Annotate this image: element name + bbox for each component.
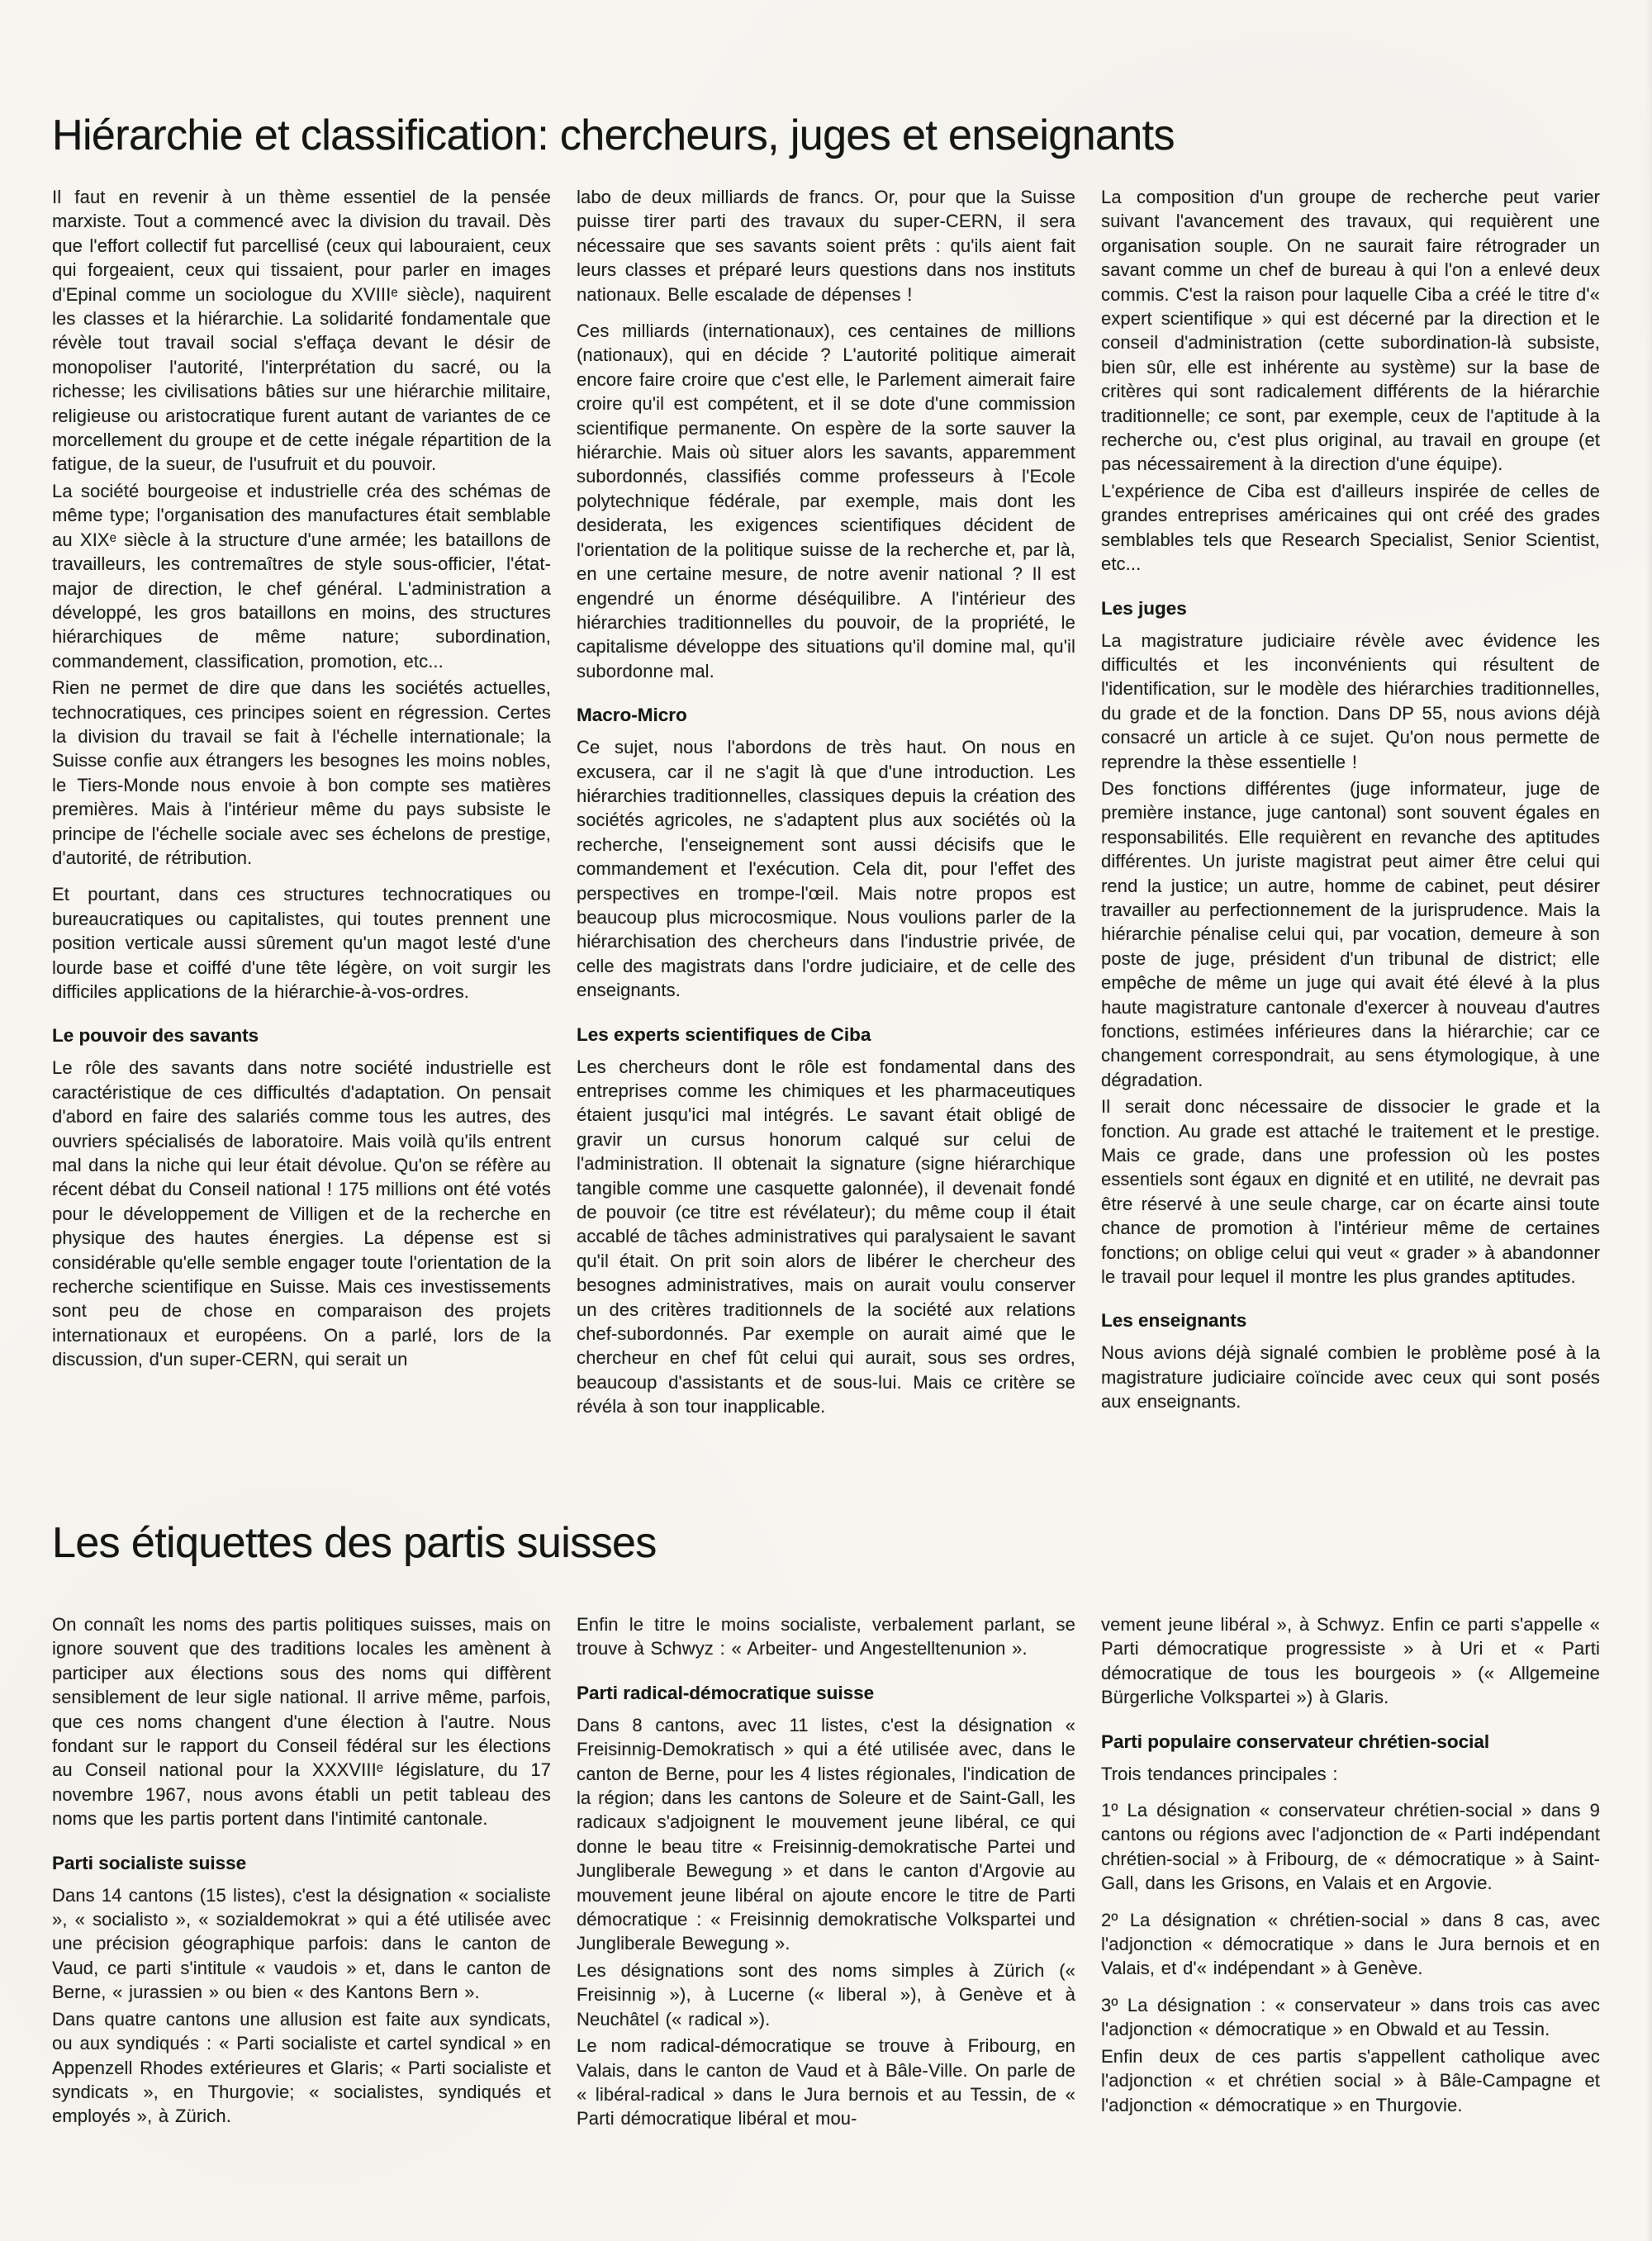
section-heading-pouvoir-savants: Le pouvoir des savants xyxy=(52,1023,551,1047)
article-2-columns: On connaît les noms des partis politique… xyxy=(52,1612,1600,2131)
paragraph: Rien ne permet de dire que dans les soci… xyxy=(52,676,551,870)
paragraph: Ces milliards (internationaux), ces cent… xyxy=(577,319,1075,683)
paragraph: Enfin deux de ces partis s'appellent cat… xyxy=(1101,2044,1600,2117)
paragraph: Les désignations sont des noms simples à… xyxy=(577,1959,1075,2031)
paragraph: Et pourtant, dans ces structures technoc… xyxy=(52,882,551,1004)
section-heading-parti-socialiste: Parti socialiste suisse xyxy=(52,1851,551,1875)
paragraph: Dans 8 cantons, avec 11 listes, c'est la… xyxy=(577,1713,1075,1956)
paragraph: Le rôle des savants dans notre société i… xyxy=(52,1056,551,1371)
paragraph: On connaît les noms des partis politique… xyxy=(52,1612,551,1831)
article-2-column-2: Enfin le titre le moins socialiste, verb… xyxy=(577,1612,1075,2131)
paragraph: Dans 14 cantons (15 listes), c'est la dé… xyxy=(52,1883,551,2005)
paragraph: La magistrature judiciaire révèle avec é… xyxy=(1101,629,1600,774)
paragraph: La société bourgeoise et industrielle cr… xyxy=(52,479,551,673)
article-1-column-2: labo de deux milliards de francs. Or, po… xyxy=(577,185,1075,1419)
paragraph: labo de deux milliards de francs. Or, po… xyxy=(577,185,1075,306)
section-heading-parti-radical: Parti radical-démocratique suisse xyxy=(577,1681,1075,1705)
paragraph: Dans quatre cantons une allusion est fai… xyxy=(52,2007,551,2129)
paragraph: Les chercheurs dont le rôle est fondamen… xyxy=(577,1055,1075,1419)
article-1-title: Hiérarchie et classification: chercheurs… xyxy=(52,111,1175,160)
paragraph: Ce sujet, nous l'abordons de très haut. … xyxy=(577,735,1075,1002)
paragraph: 1º La désignation « conservateur chrétie… xyxy=(1101,1798,1600,1896)
paragraph: La composition d'un groupe de recherche … xyxy=(1101,185,1600,477)
article-2-column-3: vement jeune libéral », à Schwyz. Enfin … xyxy=(1101,1612,1600,2131)
paragraph: Nous avions déjà signalé combien le prob… xyxy=(1101,1341,1600,1413)
paragraph: 2º La désignation « chrétien-social » da… xyxy=(1101,1908,1600,1981)
paragraph: Enfin le titre le moins socialiste, verb… xyxy=(577,1612,1075,1661)
article-1-columns: Il faut en revenir à un thème essentiel … xyxy=(52,185,1600,1419)
paragraph: Des fonctions différentes (juge informat… xyxy=(1101,776,1600,1092)
paragraph: Trois tendances principales : xyxy=(1101,1762,1600,1786)
paragraph: L'expérience de Ciba est d'ailleurs insp… xyxy=(1101,479,1600,577)
section-heading-experts-ciba: Les experts scientifiques de Ciba xyxy=(577,1023,1075,1047)
section-heading-les-juges: Les juges xyxy=(1101,596,1600,620)
paragraph: Il faut en revenir à un thème essentiel … xyxy=(52,185,551,477)
section-heading-macro-micro: Macro-Micro xyxy=(577,703,1075,727)
paragraph: 3º La désignation : « conservateur » dan… xyxy=(1101,1993,1600,2042)
paragraph: vement jeune libéral », à Schwyz. Enfin … xyxy=(1101,1612,1600,1710)
paragraph: Le nom radical-démocratique se trouve à … xyxy=(577,2034,1075,2131)
section-heading-parti-conservateur: Parti populaire conservateur chrétien-so… xyxy=(1101,1730,1600,1754)
article-2-column-1: On connaît les noms des partis politique… xyxy=(52,1612,551,2131)
section-heading-les-enseignants: Les enseignants xyxy=(1101,1308,1600,1332)
article-2-title: Les étiquettes des partis suisses xyxy=(52,1518,657,1568)
article-1-column-1: Il faut en revenir à un thème essentiel … xyxy=(52,185,551,1419)
paragraph: Il serait donc nécessaire de dissocier l… xyxy=(1101,1094,1600,1289)
article-1-column-3: La composition d'un groupe de recherche … xyxy=(1101,185,1600,1419)
